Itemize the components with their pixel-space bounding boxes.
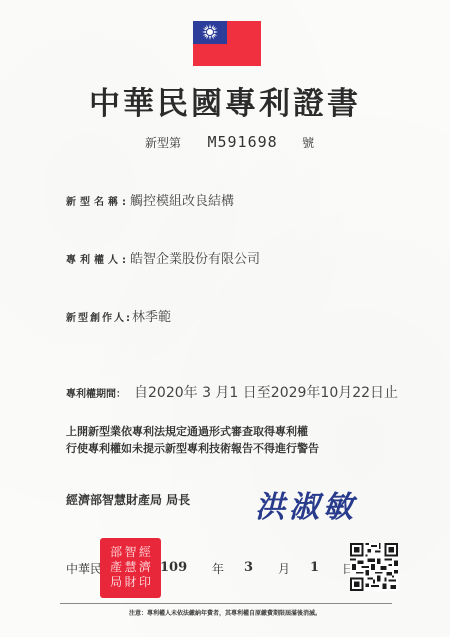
legal-notice: 上開新型業依專利法規定通過形式審查取得專利權 行使專利權如未提示新型專利技術報告… (66, 423, 319, 457)
patent-number-prefix: 新型第 (145, 136, 181, 150)
patent-number: 新型第 M591698 號 (145, 133, 314, 151)
field-label: 新型名稱: (66, 197, 130, 208)
notice-line-1: 上開新型業依專利法規定通過形式審查取得專利權 (66, 423, 319, 440)
field-creator: 新型創作人:林季範 (66, 306, 171, 325)
field-value: 皓智企業股份有限公司 (130, 252, 260, 267)
notice-line-2: 行使專利權如未提示新型專利技術報告不得進行警告 (66, 440, 319, 457)
field-label: 新型創作人: (66, 313, 132, 324)
date-month-unit: 月 (278, 560, 290, 577)
seal-char: 產 (109, 560, 123, 575)
patent-number-value: M591698 (207, 133, 277, 151)
roc-flag-icon (193, 21, 261, 66)
seal-char: 財 (123, 575, 137, 590)
field-label: 專利權人: (66, 255, 130, 266)
seal-char: 智 (123, 545, 137, 560)
date-month: 3 (244, 560, 253, 575)
official-seal: 部 智 經 產 慧 濟 局 財 印 (100, 538, 161, 598)
seal-characters: 部 智 經 產 慧 濟 局 財 印 (109, 545, 152, 590)
field-patent-holder: 專利權人:皓智企業股份有限公司 (66, 248, 260, 267)
patent-period: 專利權期間：自2020年 3 月1 日至2029年10月22日止 (66, 382, 398, 402)
date-day: 1 (310, 560, 319, 575)
white-sun-icon (202, 24, 218, 40)
seal-char: 濟 (138, 560, 152, 575)
date-year: 109 (160, 560, 187, 575)
director-title: 經濟部智慧財產局 局長 (66, 491, 190, 508)
seal-char: 慧 (123, 560, 137, 575)
date-year-unit: 年 (212, 560, 224, 577)
flag-canton (193, 21, 227, 44)
footer-notice: 注意：專利權人未依法繳納年費者，其專利權自原繳費期限屆滿後消滅。 (0, 608, 450, 617)
period-value: 自2020年 3 月1 日至2029年10月22日止 (134, 385, 398, 401)
seal-char: 經 (138, 545, 152, 560)
director-signature: 洪淑敏 (255, 482, 357, 526)
seal-char: 部 (109, 545, 123, 560)
patent-number-suffix: 號 (302, 136, 314, 150)
footer-divider (60, 603, 392, 604)
field-value: 觸控模組改良結構 (130, 194, 234, 209)
seal-char: 局 (109, 575, 123, 590)
period-label: 專利權期間： (66, 389, 126, 400)
field-model-name: 新型名稱:觸控模組改良結構 (66, 190, 234, 209)
field-value: 林季範 (132, 310, 171, 325)
qr-code-icon[interactable] (350, 543, 398, 591)
seal-char: 印 (138, 575, 152, 590)
certificate-title: 中華民國專利證書 (0, 78, 450, 123)
